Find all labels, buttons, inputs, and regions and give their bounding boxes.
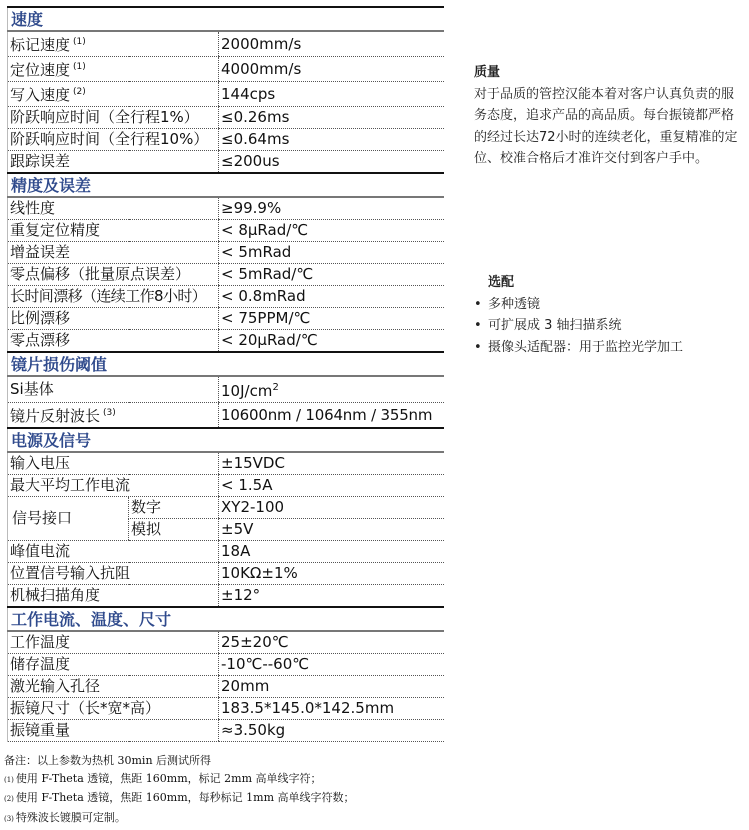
row-label: 位置信号输入抗阻: [8, 563, 219, 585]
row-sublabel: 模拟: [129, 519, 219, 541]
row-value: 2000mm/s: [219, 31, 444, 57]
row-label: Si基体: [8, 376, 219, 403]
row-value: 10J/cm2: [219, 376, 444, 403]
list-item: •多种透镜: [474, 294, 744, 316]
row-label: 阶跃响应时间（全行程10%）: [8, 129, 219, 151]
row-label: 零点漂移: [8, 330, 219, 353]
table-row: 零点漂移< 20μRad/℃: [8, 330, 444, 353]
quality-text: 对于品质的管控汉能本着对客户认真负责的服务态度，追求产品的高品质。每台振镜都严格…: [474, 84, 744, 170]
row-value: ≤0.64ms: [219, 129, 444, 151]
footnote-item: (1)使用 F-Theta 透镜，焦距 160mm，标记 2mm 高单线字符；: [4, 770, 355, 790]
row-label: 最大平均工作电流: [8, 475, 219, 497]
section-title: 工作电流、温度、尺寸: [8, 607, 444, 631]
row-value: ≤0.26ms: [219, 107, 444, 129]
section-header-mirror-damage: 镜片损伤阈值: [8, 352, 444, 376]
row-label: 写入速度(2): [8, 82, 219, 107]
footnotes: 备注：以上参数为热机 30min 后测试所得 (1)使用 F-Theta 透镜，…: [4, 752, 355, 828]
table-row: 标记速度(1)2000mm/s: [8, 31, 444, 57]
superscript: 2: [272, 382, 278, 393]
options-title: 选配: [474, 272, 744, 294]
table-row: 最大平均工作电流< 1.5A: [8, 475, 444, 497]
row-value: < 5mRad: [219, 242, 444, 264]
row-value: 10600nm / 1064nm / 355nm: [219, 403, 444, 429]
row-value: ≈3.50kg: [219, 720, 444, 742]
quality-title: 质量: [474, 62, 744, 84]
row-value: 144cps: [219, 82, 444, 107]
footnote-item: (2)使用 F-Theta 透镜，焦距 160mm，每秒标记 1mm 高单线字符…: [4, 789, 355, 809]
options-list: •多种透镜 •可扩展成 3 轴扫描系统 •摄像头适配器：用于监控光学加工: [474, 294, 744, 359]
row-value: 183.5*145.0*142.5mm: [219, 698, 444, 720]
section-header-power-signal: 电源及信号: [8, 428, 444, 452]
row-label: 镜片反射波长(3): [8, 403, 219, 429]
list-item: •可扩展成 3 轴扫描系统: [474, 315, 744, 337]
row-label: 储存温度: [8, 654, 219, 676]
bullet-icon: •: [474, 337, 482, 359]
row-value: ±12°: [219, 585, 444, 608]
table-row: 振镜尺寸（长*宽*高）183.5*145.0*142.5mm: [8, 698, 444, 720]
row-value: < 20μRad/℃: [219, 330, 444, 353]
row-value: 18A: [219, 541, 444, 563]
table-row: 激光输入孔径20mm: [8, 676, 444, 698]
row-label: 标记速度(1): [8, 31, 219, 57]
row-label: 线性度: [8, 197, 219, 220]
row-value: ±5V: [219, 519, 444, 541]
table-row: Si基体10J/cm2: [8, 376, 444, 403]
footnote-mark: (3): [4, 815, 14, 823]
row-label: 定位速度(1): [8, 57, 219, 82]
row-label: 增益误差: [8, 242, 219, 264]
table-row: 工作温度25±20℃: [8, 631, 444, 654]
section-header-accuracy: 精度及误差: [8, 173, 444, 197]
row-value: < 1.5A: [219, 475, 444, 497]
row-label: 长时间漂移（连续工作8小时）: [8, 286, 219, 308]
row-value: < 0.8mRad: [219, 286, 444, 308]
table-row: 零点偏移（批量原点误差）< 5mRad/℃: [8, 264, 444, 286]
row-label: 重复定位精度: [8, 220, 219, 242]
footnote-mark: (1): [4, 776, 14, 784]
row-value: 20mm: [219, 676, 444, 698]
row-value: ±15VDC: [219, 452, 444, 475]
bullet-icon: •: [474, 294, 482, 316]
list-item: •摄像头适配器：用于监控光学加工: [474, 337, 744, 359]
row-label: 峰值电流: [8, 541, 219, 563]
row-label: 阶跃响应时间（全行程1%）: [8, 107, 219, 129]
table-row: 阶跃响应时间（全行程1%）≤0.26ms: [8, 107, 444, 129]
row-label: 激光输入孔径: [8, 676, 219, 698]
row-value: < 75PPM/℃: [219, 308, 444, 330]
options-section: 选配 •多种透镜 •可扩展成 3 轴扫描系统 •摄像头适配器：用于监控光学加工: [474, 272, 744, 358]
table-row: 振镜重量≈3.50kg: [8, 720, 444, 742]
table-row: 长时间漂移（连续工作8小时）< 0.8mRad: [8, 286, 444, 308]
notes-heading: 备注：以上参数为热机 30min 后测试所得: [4, 752, 355, 770]
row-value: ≥99.9%: [219, 197, 444, 220]
section-header-speed: 速度: [8, 7, 444, 31]
row-label: 跟踪误差: [8, 151, 219, 174]
row-value: < 8μRad/℃: [219, 220, 444, 242]
row-label: 零点偏移（批量原点误差）: [8, 264, 219, 286]
row-value: 10KΩ±1%: [219, 563, 444, 585]
table-row: 定位速度(1)4000mm/s: [8, 57, 444, 82]
table-row: 增益误差< 5mRad: [8, 242, 444, 264]
row-value: < 5mRad/℃: [219, 264, 444, 286]
table-row: 储存温度-10℃--60℃: [8, 654, 444, 676]
bullet-icon: •: [474, 315, 482, 337]
row-sublabel: 数字: [129, 497, 219, 519]
row-label: 机械扫描角度: [8, 585, 219, 608]
footnote-ref: (1): [73, 62, 86, 72]
row-value: 4000mm/s: [219, 57, 444, 82]
quality-section: 质量 对于品质的管控汉能本着对客户认真负责的服务态度，追求产品的高品质。每台振镜…: [474, 62, 744, 170]
table-row: 机械扫描角度±12°: [8, 585, 444, 608]
table-row: 写入速度(2)144cps: [8, 82, 444, 107]
row-value: 25±20℃: [219, 631, 444, 654]
row-value: -10℃--60℃: [219, 654, 444, 676]
section-title: 速度: [8, 7, 444, 31]
footnote-mark: (2): [4, 795, 14, 803]
table-row: 线性度≥99.9%: [8, 197, 444, 220]
footnote-ref: (3): [103, 408, 116, 418]
table-row: 位置信号输入抗阻10KΩ±1%: [8, 563, 444, 585]
table-row: 阶跃响应时间（全行程10%）≤0.64ms: [8, 129, 444, 151]
table-row: 信号接口 数字 XY2-100: [8, 497, 444, 519]
footnote-item: (3)特殊波长镀膜可定制。: [4, 809, 355, 829]
row-label: 工作温度: [8, 631, 219, 654]
row-value: XY2-100: [219, 497, 444, 519]
row-value: ≤200us: [219, 151, 444, 174]
row-label: 振镜尺寸（长*宽*高）: [8, 698, 219, 720]
section-title: 精度及误差: [8, 173, 444, 197]
row-label: 比例漂移: [8, 308, 219, 330]
section-title: 镜片损伤阈值: [8, 352, 444, 376]
section-header-environment-size: 工作电流、温度、尺寸: [8, 607, 444, 631]
table-row: 跟踪误差≤200us: [8, 151, 444, 174]
table-row: 重复定位精度< 8μRad/℃: [8, 220, 444, 242]
row-label: 信号接口: [8, 497, 129, 541]
row-label: 振镜重量: [8, 720, 219, 742]
table-row: 峰值电流18A: [8, 541, 444, 563]
table-row: 比例漂移< 75PPM/℃: [8, 308, 444, 330]
footnote-ref: (2): [73, 87, 86, 97]
section-title: 电源及信号: [8, 428, 444, 452]
spec-table: 速度 标记速度(1)2000mm/s 定位速度(1)4000mm/s 写入速度(…: [7, 6, 444, 742]
table-row: 输入电压±15VDC: [8, 452, 444, 475]
row-label: 输入电压: [8, 452, 219, 475]
table-row: 镜片反射波长(3)10600nm / 1064nm / 355nm: [8, 403, 444, 429]
footnote-ref: (1): [73, 37, 86, 47]
